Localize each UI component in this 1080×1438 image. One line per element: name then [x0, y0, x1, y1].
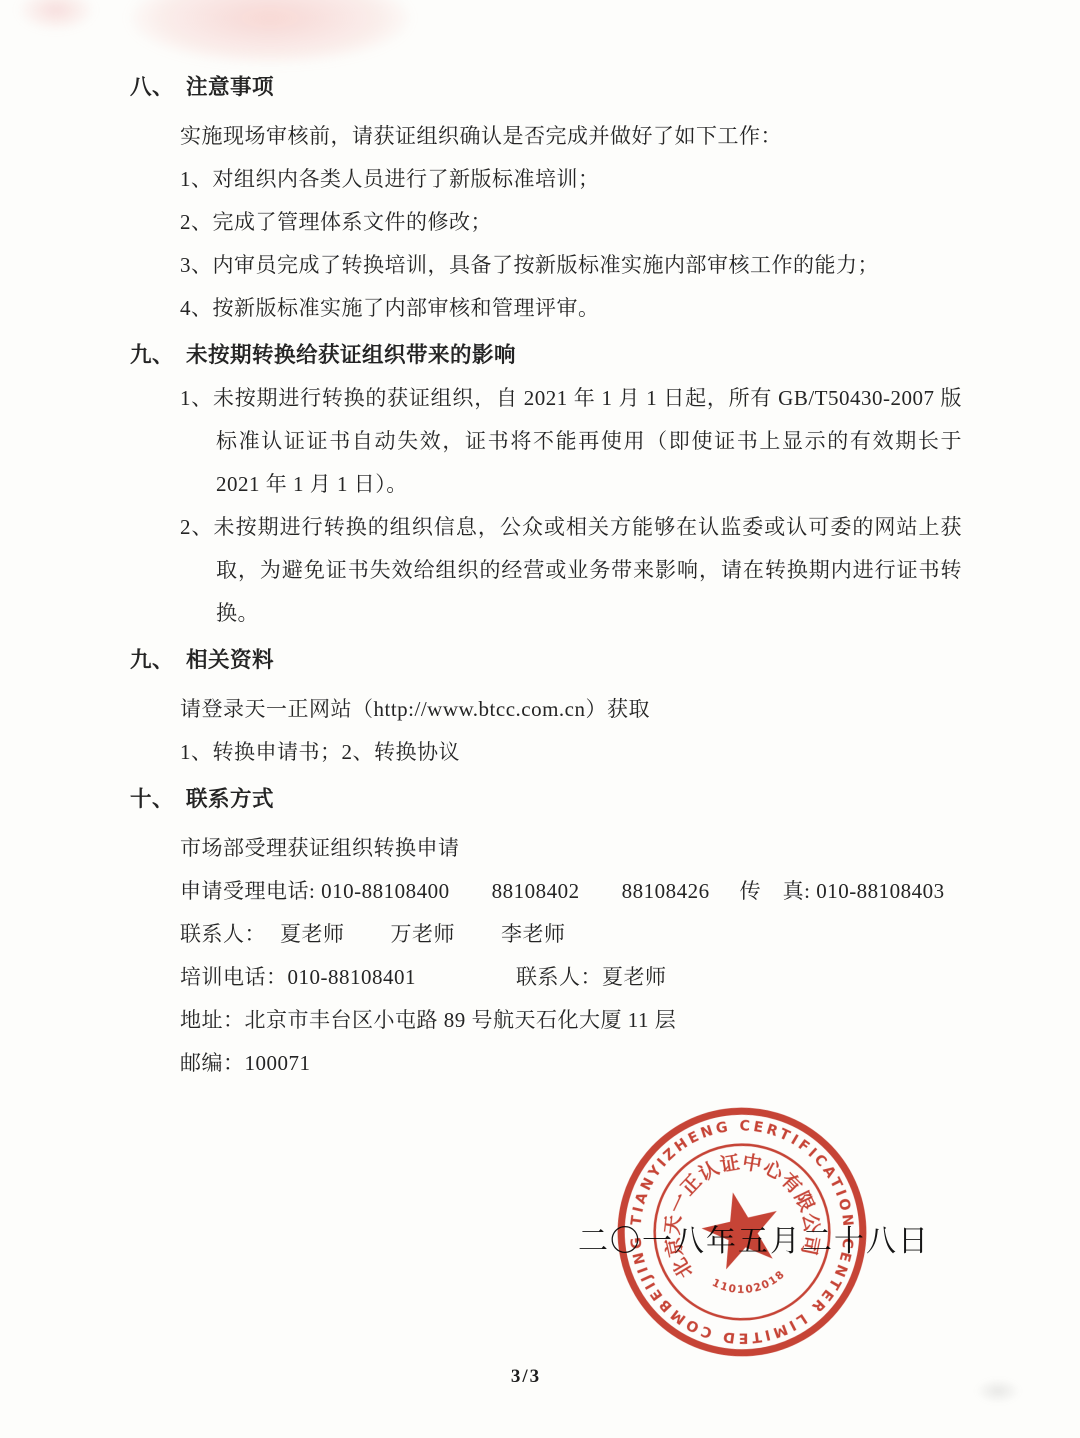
section-body: 请登录天一正网站（http://www.btcc.com.cn）获取 1、转换申… — [180, 688, 962, 774]
section-heading: 九、 未按期转换给获证组织带来的影响 — [130, 334, 970, 377]
section-number: 九、 — [130, 334, 186, 377]
list-item: 4、按新版标准实施了内部审核和管理评审。 — [180, 287, 962, 330]
contact-intro: 市场部受理获证组织转换申请 — [180, 827, 962, 870]
contact-label: 联系人： — [180, 922, 266, 946]
training-phone-row: 培训电话：010-88108401联系人：夏老师 — [180, 956, 962, 999]
list-item: 1、未按期进行转换的获证组织，自 2021 年 1 月 1 日起，所有 GB/T… — [180, 377, 962, 506]
training-contact-name: 夏老师 — [602, 965, 667, 989]
section-contact: 十、 联系方式 市场部受理获证组织转换申请 申请受理电话: 010-881084… — [130, 778, 970, 1085]
section-title: 联系方式 — [186, 778, 274, 821]
section-number: 十、 — [130, 778, 186, 821]
section-heading: 九、 相关资料 — [130, 639, 970, 682]
fax-number: 010-88108403 — [816, 879, 945, 903]
address-value: 北京市丰台区小屯路 89 号航天石化大厦 11 层 — [245, 1008, 677, 1032]
list-item: 3、内审员完成了转换培训，具备了按新版标准实施内部审核工作的能力； — [180, 244, 962, 287]
section-title: 未按期转换给获证组织带来的影响 — [186, 334, 516, 377]
section-title: 注意事项 — [186, 66, 274, 109]
contact-names-row: 联系人：夏老师万老师李老师 — [180, 913, 962, 956]
section-body: 1、未按期进行转换的获证组织，自 2021 年 1 月 1 日起，所有 GB/T… — [180, 377, 962, 635]
address-row: 地址：北京市丰台区小屯路 89 号航天石化大厦 11 层 — [180, 999, 962, 1042]
section-body: 市场部受理获证组织转换申请 申请受理电话: 010-88108400881084… — [180, 827, 962, 1085]
address-label: 地址： — [180, 1008, 245, 1032]
star-icon — [695, 1184, 787, 1273]
apply-phone-2: 88108402 — [492, 879, 580, 903]
section-number: 八、 — [130, 66, 186, 109]
page-number: 3/3 — [0, 1366, 1066, 1388]
training-phone-label: 培训电话： — [180, 965, 288, 989]
apply-phone-3: 88108426 — [622, 879, 710, 903]
contact-name-1: 夏老师 — [280, 922, 345, 946]
list-item: 1、对组织内各类人员进行了新版标准培训； — [180, 158, 962, 201]
apply-phone-1: 010-88108400 — [321, 879, 450, 903]
section-intro: 实施现场审核前，请获证组织确认是否完成并做好了如下工作： — [180, 115, 962, 158]
company-seal-stamp: BEIJING TIANYIZHENG CERTIFICATION CENTER… — [599, 1089, 885, 1375]
list-item: 2、完成了管理体系文件的修改； — [180, 201, 962, 244]
contact-name-3: 李老师 — [501, 922, 566, 946]
scanned-document-page: 八、 注意事项 实施现场审核前，请获证组织确认是否完成并做好了如下工作： 1、对… — [0, 0, 1080, 1438]
website-line: 请登录天一正网站（http://www.btcc.com.cn）获取 — [180, 688, 962, 731]
training-contact-label: 联系人： — [516, 965, 602, 989]
postcode-label: 邮编： — [180, 1051, 245, 1075]
apply-phone-label: 申请受理电话: — [180, 879, 321, 903]
postcode-row: 邮编：100071 — [180, 1042, 962, 1085]
section-materials: 九、 相关资料 请登录天一正网站（http://www.btcc.com.cn）… — [130, 639, 970, 774]
section-impact: 九、 未按期转换给获证组织带来的影响 1、未按期进行转换的获证组织，自 2021… — [130, 334, 970, 635]
section-body: 实施现场审核前，请获证组织确认是否完成并做好了如下工作： 1、对组织内各类人员进… — [180, 115, 962, 330]
section-heading: 八、 注意事项 — [130, 66, 970, 109]
section-title: 相关资料 — [186, 639, 274, 682]
contact-name-2: 万老师 — [391, 922, 456, 946]
document-body: 八、 注意事项 实施现场审核前，请获证组织确认是否完成并做好了如下工作： 1、对… — [0, 0, 1080, 1089]
training-phone: 010-88108401 — [288, 965, 417, 989]
apply-phone-row: 申请受理电话: 010-881084008810840288108426传 真:… — [180, 870, 962, 913]
list-item: 1、转换申请书；2、转换协议 — [180, 731, 962, 774]
section-heading: 十、 联系方式 — [130, 778, 970, 821]
postcode-value: 100071 — [245, 1051, 311, 1075]
fax-label: 传 真: — [740, 879, 817, 903]
list-item: 2、未按期进行转换的组织信息，公众或相关方能够在认监委或认可委的网站上获取，为避… — [180, 506, 962, 635]
section-number: 九、 — [130, 639, 186, 682]
section-notes: 八、 注意事项 实施现场审核前，请获证组织确认是否完成并做好了如下工作： 1、对… — [130, 66, 970, 330]
